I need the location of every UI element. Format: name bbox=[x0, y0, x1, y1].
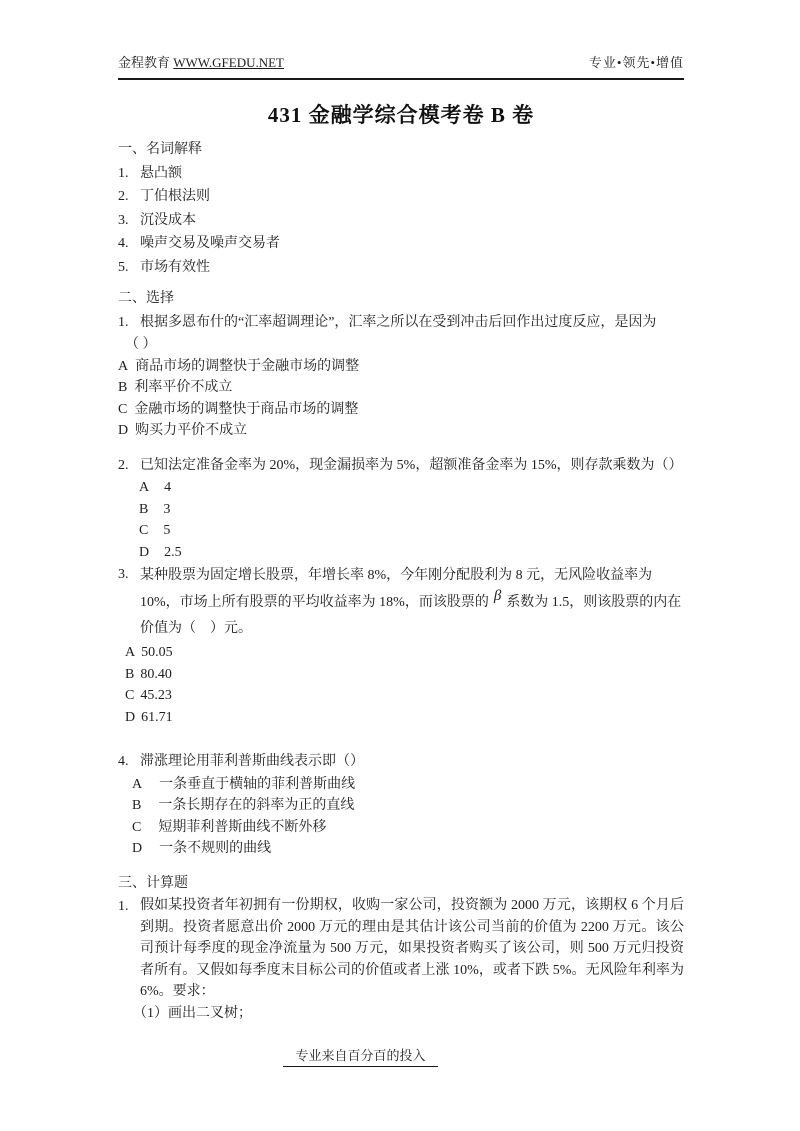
option-letter: A bbox=[132, 774, 142, 796]
option: A 一条垂直于横轴的菲利普斯曲线 bbox=[132, 774, 684, 796]
option-letter: A bbox=[125, 642, 135, 664]
question-text: 滞涨理论用菲利普斯曲线表示即（） bbox=[140, 750, 684, 774]
option-text: 购买力平价不成立 bbox=[135, 420, 247, 442]
question-2-4: 4. 滞涨理论用菲利普斯曲线表示即（） bbox=[118, 750, 684, 774]
term-number: 2. bbox=[118, 185, 140, 209]
question-subitem: （1）画出二叉树； bbox=[133, 1003, 684, 1025]
beta-symbol: β bbox=[494, 588, 501, 604]
question-number: 1. bbox=[118, 311, 140, 335]
header-brand: 金程教育 WWW.GFEDU.NET bbox=[118, 54, 284, 72]
question-number: 3. bbox=[118, 563, 140, 642]
header-slogan: 专业•领先•增值 bbox=[589, 54, 684, 72]
option-text: 一条不规则的曲线 bbox=[159, 838, 271, 860]
term-text: 悬凸额 bbox=[140, 162, 684, 186]
document-title: 431 金融学综合模考卷 B 卷 bbox=[118, 100, 684, 130]
term-number: 3. bbox=[118, 209, 140, 233]
question-2-1: 1. 根据多恩布什的“汇率超调理论”，汇率之所以在受到冲击后回作出过度反应，是因… bbox=[118, 311, 684, 335]
option-letter: C bbox=[139, 520, 148, 542]
options-group: A 一条垂直于横轴的菲利普斯曲线 B 一条长期存在的斜率为正的直线 C 短期菲利… bbox=[118, 774, 684, 860]
term-text: 市场有效性 bbox=[140, 256, 684, 280]
brand-name: 金程教育 bbox=[118, 55, 170, 70]
term-number: 1. bbox=[118, 162, 140, 186]
option-letter: B bbox=[132, 795, 141, 817]
option-letter: D bbox=[118, 420, 128, 442]
question-number: 4. bbox=[118, 750, 140, 774]
option: B 3 bbox=[139, 499, 684, 521]
section1-heading: 一、名词解释 bbox=[118, 138, 684, 162]
option: B 80.40 bbox=[125, 664, 684, 686]
option-text: 50.05 bbox=[141, 642, 173, 664]
question-number: 1. bbox=[118, 895, 140, 1003]
page-footer: 专业来自百分百的投入 bbox=[118, 1047, 603, 1067]
option-text: 利率平价不成立 bbox=[134, 377, 232, 399]
option-letter: D bbox=[125, 707, 135, 729]
term-text: 噪声交易及噪声交易者 bbox=[140, 232, 684, 256]
term-item: 4. 噪声交易及噪声交易者 bbox=[118, 232, 684, 256]
term-number: 5. bbox=[118, 256, 140, 280]
footer-slogan: 专业来自百分百的投入 bbox=[283, 1047, 437, 1067]
option-letter: D bbox=[139, 542, 149, 564]
option-letter: C bbox=[132, 817, 141, 839]
option-text: 金融市场的调整快于商品市场的调整 bbox=[134, 399, 358, 421]
term-item: 2. 丁伯根法则 bbox=[118, 185, 684, 209]
page-header: 金程教育 WWW.GFEDU.NET 专业•领先•增值 bbox=[118, 54, 684, 80]
option-letter: C bbox=[125, 685, 134, 707]
term-text: 沉没成本 bbox=[140, 209, 684, 233]
option-text: 80.40 bbox=[140, 664, 172, 686]
option-text: 5 bbox=[163, 520, 170, 542]
option: A 50.05 bbox=[125, 642, 684, 664]
term-text: 丁伯根法则 bbox=[140, 185, 684, 209]
option: A 商品市场的调整快于金融市场的调整 bbox=[118, 356, 684, 378]
term-item: 5. 市场有效性 bbox=[118, 256, 684, 280]
option: D 一条不规则的曲线 bbox=[132, 838, 684, 860]
option-text: 一条长期存在的斜率为正的直线 bbox=[158, 795, 354, 817]
option: C 金融市场的调整快于商品市场的调整 bbox=[118, 399, 684, 421]
option-letter: B bbox=[118, 377, 127, 399]
option: B 一条长期存在的斜率为正的直线 bbox=[132, 795, 684, 817]
section3-heading: 三、计算题 bbox=[118, 872, 684, 896]
options-group: A 4 B 3 C 5 D 2.5 bbox=[118, 477, 684, 563]
option-letter: C bbox=[118, 399, 127, 421]
document-page: 金程教育 WWW.GFEDU.NET 专业•领先•增值 431 金融学综合模考卷… bbox=[0, 0, 800, 1131]
option-text: 短期菲利普斯曲线不断外移 bbox=[158, 817, 326, 839]
term-number: 4. bbox=[118, 232, 140, 256]
question-text: 已知法定准备金率为 20%，现金漏损率为 5%，超额准备金率为 15%，则存款乘… bbox=[140, 454, 684, 478]
option-text: 4 bbox=[164, 477, 171, 499]
term-item: 1. 悬凸额 bbox=[118, 162, 684, 186]
option: A 4 bbox=[139, 477, 684, 499]
option-letter: D bbox=[132, 838, 142, 860]
term-item: 3. 沉没成本 bbox=[118, 209, 684, 233]
question-2-3: 3. 某种股票为固定增长股票，年增长率 8%，今年刚分配股利为 8 元，无风险收… bbox=[118, 563, 684, 642]
option-text: 一条垂直于横轴的菲利普斯曲线 bbox=[159, 774, 355, 796]
question-3-1: 1. 假如某投资者年初拥有一份期权，收购一家公司，投资额为 2000 万元，该期… bbox=[118, 895, 684, 1003]
option-text: 45.23 bbox=[140, 685, 172, 707]
option-text: 商品市场的调整快于金融市场的调整 bbox=[135, 356, 359, 378]
option: D 购买力平价不成立 bbox=[118, 420, 684, 442]
options-group: A 50.05 B 80.40 C 45.23 D 61.71 bbox=[118, 642, 684, 728]
question-text: 某种股票为固定增长股票，年增长率 8%，今年刚分配股利为 8 元，无风险收益率为… bbox=[140, 563, 684, 642]
question-text: 假如某投资者年初拥有一份期权，收购一家公司，投资额为 2000 万元，该期权 6… bbox=[140, 895, 684, 1003]
option: C 短期菲利普斯曲线不断外移 bbox=[132, 817, 684, 839]
option: C 45.23 bbox=[125, 685, 684, 707]
option-letter: B bbox=[125, 664, 134, 686]
option: D 2.5 bbox=[139, 542, 684, 564]
option: C 5 bbox=[139, 520, 684, 542]
options-group: A 商品市场的调整快于金融市场的调整 B 利率平价不成立 C 金融市场的调整快于… bbox=[118, 356, 684, 442]
section2-heading: 二、选择 bbox=[118, 287, 684, 311]
question-2-2: 2. 已知法定准备金率为 20%，现金漏损率为 5%，超额准备金率为 15%，则… bbox=[118, 454, 684, 478]
option-text: 3 bbox=[163, 499, 170, 521]
option: D 61.71 bbox=[125, 707, 684, 729]
option-letter: B bbox=[139, 499, 148, 521]
brand-url-link[interactable]: WWW.GFEDU.NET bbox=[173, 55, 284, 70]
question-number: 2. bbox=[118, 454, 140, 478]
question-text: 根据多恩布什的“汇率超调理论”，汇率之所以在受到冲击后回作出过度反应，是因为 bbox=[140, 311, 684, 335]
option-letter: A bbox=[139, 477, 149, 499]
option-text: 61.71 bbox=[141, 707, 173, 729]
answer-blank-parentheses: （ ） bbox=[125, 334, 684, 356]
option-text: 2.5 bbox=[164, 542, 182, 564]
option: B 利率平价不成立 bbox=[118, 377, 684, 399]
option-letter: A bbox=[118, 356, 128, 378]
